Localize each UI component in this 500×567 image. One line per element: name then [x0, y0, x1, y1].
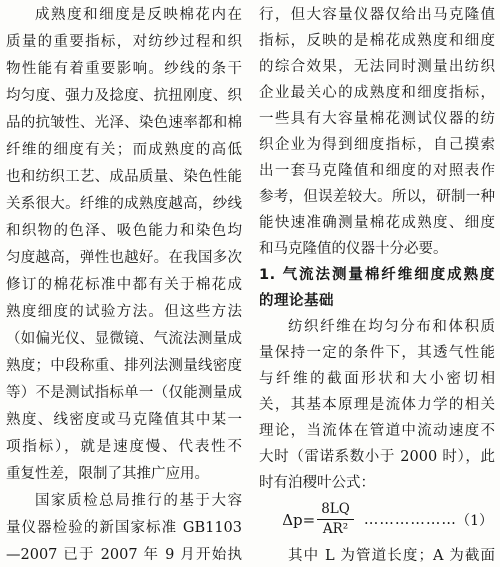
text-line: 量保持一定的条件下，其透气性能	[259, 340, 495, 366]
text-line: 关系很大。纤维的成熟度越高，纱线	[6, 191, 242, 218]
text-line: 参考，但误差较大。所以，研制一种	[259, 184, 495, 210]
text-line: 量仪器检验的新国家标准 GB1103	[6, 515, 242, 542]
left-column: 成熟度和细度是反映棉花内在 质量的重要指标，对纺纱过程和织 物性能有着重要影响。…	[6, 2, 242, 567]
text-line: 熟度；中段称重、排列法测量线密度	[6, 353, 242, 380]
text-line: 熟度细度的试验方法。但这些方法	[6, 299, 242, 326]
formula-lhs: Δp=	[282, 511, 315, 529]
text-line: 修订的棉花标准中都有关于棉花成	[6, 272, 242, 299]
formula-dot-leader: ………………	[364, 512, 456, 528]
right-column: 行，但大容量仪器仅给出马克隆值 指标，反映的是棉花成熟度和细度 的综合效果，无法…	[259, 2, 495, 567]
text-line: 品的抗皱性、光泽、染色速率都和棉	[6, 110, 242, 137]
formula-numerator: 8LQ	[317, 501, 354, 520]
formula-equation-number: （1）	[456, 510, 493, 530]
section-heading-line-2: 的理论基础	[259, 288, 495, 314]
text-line: 一些具有大容量棉花测试仪器的纺	[259, 106, 495, 132]
text-line: 也和纺织工艺、成品质量、染色性能	[6, 164, 242, 191]
text-line: 时有泊稷叶公式：	[259, 470, 495, 496]
text-line: 物性能有着重要影响。纱线的条干	[6, 56, 242, 83]
text-line: 均匀度、强力及捻度、抗扭刚度、织	[6, 83, 242, 110]
text-line: 行，但大容量仪器仅给出马克隆值	[259, 2, 495, 28]
text-line: 项指标），就是速度慢、代表性不足、	[6, 434, 242, 461]
text-line: 熟度、线密度或马克隆值其中某一	[6, 407, 242, 434]
text-line: （如偏光仪、显微镜、气流法测量成	[6, 326, 242, 353]
text-line: 其中 L 为管道长度；A 为截面	[259, 543, 495, 567]
formula-fraction: 8LQ AR²	[317, 501, 354, 538]
text-line: 纺织纤维在均匀分布和体积质	[259, 314, 495, 340]
text-line: 大时（雷诺系数小于 2000 时），此	[259, 444, 495, 470]
formula-denominator: AR²	[323, 520, 348, 538]
text-line: 和马克隆值的仪器十分必要。	[259, 236, 495, 262]
text-line: 关，其基本原理是流体力学的相关	[259, 392, 495, 418]
text-line: —2007 已于 2007 年 9 月开始执	[6, 542, 242, 567]
text-line: 指标，反映的是棉花成熟度和细度	[259, 28, 495, 54]
text-line: 企业最关心的成熟度和细度指标，	[259, 80, 495, 106]
text-line: 成熟度和细度是反映棉花内在	[6, 2, 242, 29]
text-line: 纤维的细度有关；而成熟度的高低	[6, 137, 242, 164]
text-line: 与纤维的截面形状和大小密切相	[259, 366, 495, 392]
text-line: 和织物的色泽、吸色能力和染色均	[6, 218, 242, 245]
text-line: 重复性差，限制了其推广应用。	[6, 461, 242, 488]
section-heading-line-1: 1. 气流法测量棉纤维细度成熟度	[259, 262, 495, 288]
text-line: 的综合效果，无法同时测量出纺织	[259, 54, 495, 80]
formula-poiseuille: Δp= 8LQ AR² ……………… （1）	[259, 496, 495, 543]
text-line: 织企业为得到细度指标，自己摸索	[259, 132, 495, 158]
text-line: 理论，当流体在管道中流动速度不	[259, 418, 495, 444]
text-line: 出一套马克隆值和细度的对照表作	[259, 158, 495, 184]
text-line: 匀度越高，弹性也越好。在我国多次	[6, 245, 242, 272]
text-line: 能快速准确测量棉花成熟度、细度	[259, 210, 495, 236]
document-page: 成熟度和细度是反映棉花内在 质量的重要指标，对纺纱过程和织 物性能有着重要影响。…	[0, 0, 500, 567]
text-line: 等）不是测试指标单一（仅能测量成	[6, 380, 242, 407]
text-line: 国家质检总局推行的基于大容	[6, 488, 242, 515]
text-line: 质量的重要指标，对纺纱过程和织	[6, 29, 242, 56]
